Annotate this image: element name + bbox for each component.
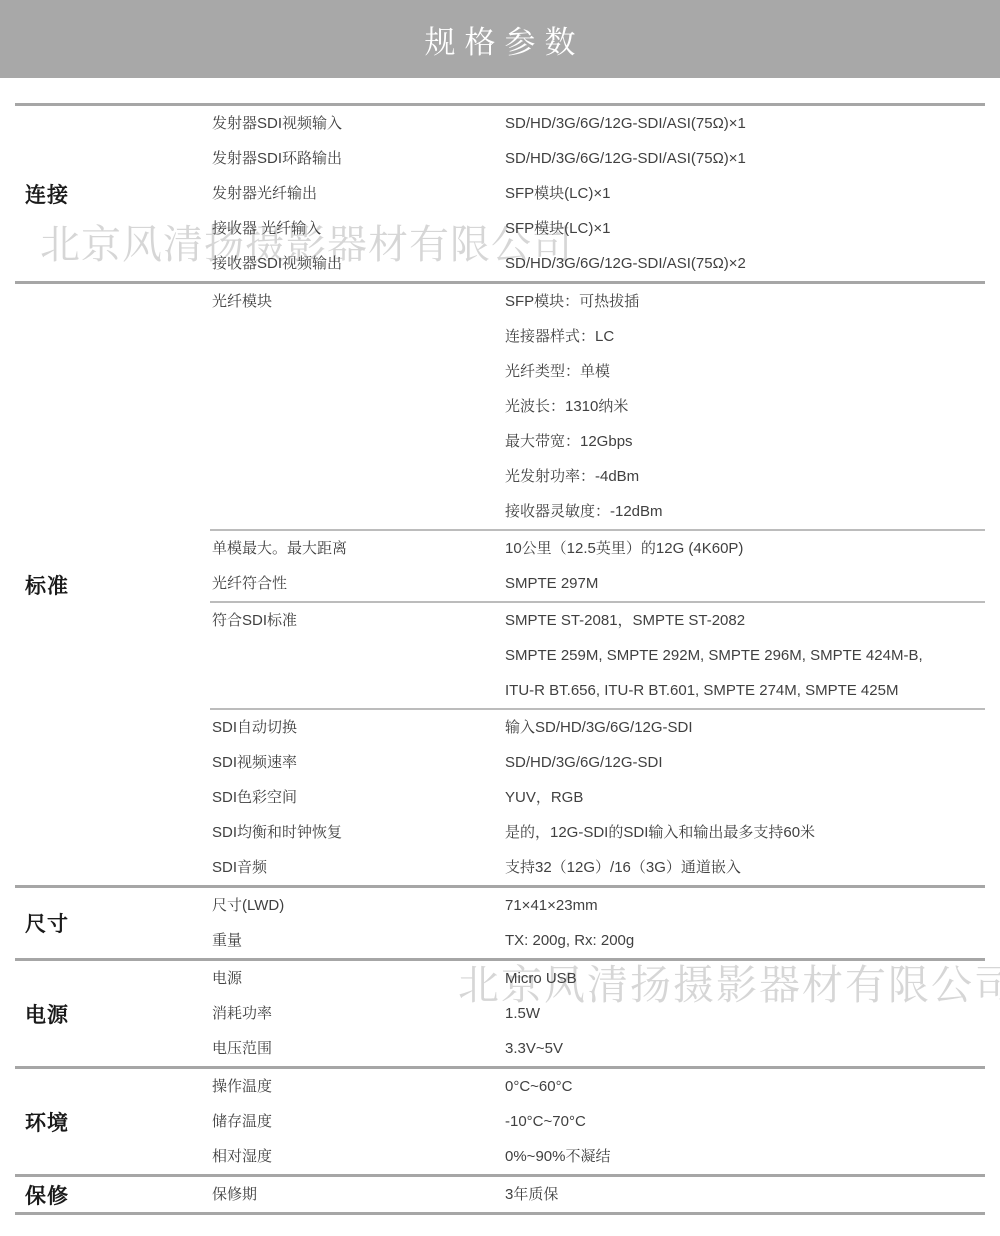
param-name: 操作温度 [210,1069,505,1104]
section-content: 光纤模块SFP模块：可热拔插连接器样式：LC光纤类型：单模光波长：1310纳米最… [210,284,985,885]
spec-section: 连接发射器SDI视频输入SD/HD/3G/6G/12G-SDI/ASI(75Ω)… [15,103,985,281]
category-label: 标准 [15,284,210,885]
param-value: YUV，RGB [505,780,985,815]
spec-row: 保修期3年质保 [210,1177,985,1212]
param-value: 71×41×23mm [505,888,985,923]
param-name: 光纤符合性 [210,566,505,601]
param-value: 是的，12G-SDI的SDI输入和输出最多支持60米 [505,815,985,850]
param-value: SD/HD/3G/6G/12G-SDI/ASI(75Ω)×2 [505,246,985,281]
value-line: SD/HD/3G/6G/12G-SDI [505,745,985,780]
section-content: 保修期3年质保 [210,1177,985,1212]
param-value: 10公里（12.5英里）的12G (4K60P) [505,531,985,566]
param-name: 电压范围 [210,1031,505,1066]
spec-row: 操作温度0°C~60°C [210,1069,985,1104]
row-group: 符合SDI标准SMPTE ST-2081，SMPTE ST-2082SMPTE … [210,601,985,708]
param-value: 3.3V~5V [505,1031,985,1066]
param-name: 符合SDI标准 [210,603,505,638]
param-name: 重量 [210,923,505,958]
value-line: TX: 200g, Rx: 200g [505,923,985,958]
row-group: 操作温度0°C~60°C储存温度-10°C~70°C相对湿度0%~90%不凝结 [210,1069,985,1174]
param-value: SFP模块(LC)×1 [505,176,985,211]
param-name: SDI视频速率 [210,745,505,780]
param-name: SDI色彩空间 [210,780,505,815]
spec-row: SDI均衡和时钟恢复是的，12G-SDI的SDI输入和输出最多支持60米 [210,815,985,850]
row-group: 尺寸(LWD)71×41×23mm重量TX: 200g, Rx: 200g [210,888,985,958]
spec-row: 电源Micro USB [210,961,985,996]
category-label: 环境 [15,1069,210,1174]
value-line: 71×41×23mm [505,888,985,923]
spec-row: 接收器 光纤输入SFP模块(LC)×1 [210,211,985,246]
spec-row: 储存温度-10°C~70°C [210,1104,985,1139]
value-line: 3.3V~5V [505,1031,985,1066]
param-name: 接收器 光纤输入 [210,211,505,246]
value-line: SMPTE 297M [505,566,985,601]
param-value: 输入SD/HD/3G/6G/12G-SDI [505,710,985,745]
param-value: SMPTE ST-2081，SMPTE ST-2082SMPTE 259M, S… [505,603,985,708]
param-value: SD/HD/3G/6G/12G-SDI/ASI(75Ω)×1 [505,106,985,141]
value-line: 3年质保 [505,1177,985,1212]
param-name: 发射器光纤输出 [210,176,505,211]
value-line: ITU-R BT.656, ITU-R BT.601, SMPTE 274M, … [505,673,985,708]
param-value: 0°C~60°C [505,1069,985,1104]
row-group: 单模最大。最大距离10公里（12.5英里）的12G (4K60P)光纤符合性SM… [210,529,985,601]
section-content: 尺寸(LWD)71×41×23mm重量TX: 200g, Rx: 200g [210,888,985,958]
section-content: 发射器SDI视频输入SD/HD/3G/6G/12G-SDI/ASI(75Ω)×1… [210,106,985,281]
value-line: 最大带宽：12Gbps [505,424,985,459]
spec-row: 符合SDI标准SMPTE ST-2081，SMPTE ST-2082SMPTE … [210,603,985,708]
row-group: 保修期3年质保 [210,1177,985,1212]
param-value: SFP模块：可热拔插连接器样式：LC光纤类型：单模光波长：1310纳米最大带宽：… [505,284,985,529]
category-label: 尺寸 [15,888,210,958]
value-line: SFP模块：可热拔插 [505,284,985,319]
value-line: SD/HD/3G/6G/12G-SDI/ASI(75Ω)×1 [505,106,985,141]
spec-row: 相对湿度0%~90%不凝结 [210,1139,985,1174]
value-line: 输入SD/HD/3G/6G/12G-SDI [505,710,985,745]
category-label: 连接 [15,106,210,281]
spec-header: 规格参数 [0,0,1000,78]
row-group: 发射器SDI视频输入SD/HD/3G/6G/12G-SDI/ASI(75Ω)×1… [210,106,985,281]
spec-section: 尺寸尺寸(LWD)71×41×23mm重量TX: 200g, Rx: 200g [15,885,985,958]
param-name: 电源 [210,961,505,996]
row-group: 光纤模块SFP模块：可热拔插连接器样式：LC光纤类型：单模光波长：1310纳米最… [210,284,985,529]
value-line: SD/HD/3G/6G/12G-SDI/ASI(75Ω)×2 [505,246,985,281]
value-line: 光发射功率：-4dBm [505,459,985,494]
param-name: SDI自动切换 [210,710,505,745]
param-name: 相对湿度 [210,1139,505,1174]
spec-row: 消耗功率1.5W [210,996,985,1031]
param-value: 1.5W [505,996,985,1031]
param-name: 光纤模块 [210,284,505,319]
value-line: SD/HD/3G/6G/12G-SDI/ASI(75Ω)×1 [505,141,985,176]
param-name: 保修期 [210,1177,505,1212]
spec-row: 发射器SDI环路输出SD/HD/3G/6G/12G-SDI/ASI(75Ω)×1 [210,141,985,176]
spec-row: SDI视频速率SD/HD/3G/6G/12G-SDI [210,745,985,780]
param-name: 发射器SDI视频输入 [210,106,505,141]
spec-row: 发射器光纤输出SFP模块(LC)×1 [210,176,985,211]
row-group: 电源Micro USB消耗功率1.5W电压范围3.3V~5V [210,961,985,1066]
param-value: 支持32（12G）/16（3G）通道嵌入 [505,850,985,885]
param-value: TX: 200g, Rx: 200g [505,923,985,958]
spec-section: 环境操作温度0°C~60°C储存温度-10°C~70°C相对湿度0%~90%不凝… [15,1066,985,1174]
param-name: 发射器SDI环路输出 [210,141,505,176]
value-line: 光纤类型：单模 [505,354,985,389]
value-line: SMPTE 259M, SMPTE 292M, SMPTE 296M, SMPT… [505,638,985,673]
param-value: SD/HD/3G/6G/12G-SDI [505,745,985,780]
value-line: 接收器灵敏度：-12dBm [505,494,985,529]
spec-row: 光纤符合性SMPTE 297M [210,566,985,601]
param-value: 0%~90%不凝结 [505,1139,985,1174]
spec-row: SDI音频支持32（12G）/16（3G）通道嵌入 [210,850,985,885]
spec-row: SDI自动切换输入SD/HD/3G/6G/12G-SDI [210,710,985,745]
spec-row: 单模最大。最大距离10公里（12.5英里）的12G (4K60P) [210,531,985,566]
param-name: 消耗功率 [210,996,505,1031]
value-line: 是的，12G-SDI的SDI输入和输出最多支持60米 [505,815,985,850]
param-value: SFP模块(LC)×1 [505,211,985,246]
param-name: 储存温度 [210,1104,505,1139]
param-name: 接收器SDI视频输出 [210,246,505,281]
value-line: Micro USB [505,961,985,996]
value-line: 1.5W [505,996,985,1031]
spec-row: 接收器SDI视频输出SD/HD/3G/6G/12G-SDI/ASI(75Ω)×2 [210,246,985,281]
param-name: 单模最大。最大距离 [210,531,505,566]
value-line: 0°C~60°C [505,1069,985,1104]
value-line: SFP模块(LC)×1 [505,211,985,246]
category-label: 电源 [15,961,210,1066]
param-name: 尺寸(LWD) [210,888,505,923]
param-value: Micro USB [505,961,985,996]
value-line: SMPTE ST-2081，SMPTE ST-2082 [505,603,985,638]
spec-section: 标准光纤模块SFP模块：可热拔插连接器样式：LC光纤类型：单模光波长：1310纳… [15,281,985,885]
param-value: -10°C~70°C [505,1104,985,1139]
spec-row: 光纤模块SFP模块：可热拔插连接器样式：LC光纤类型：单模光波长：1310纳米最… [210,284,985,529]
spec-section: 电源电源Micro USB消耗功率1.5W电压范围3.3V~5V [15,958,985,1066]
param-value: 3年质保 [505,1177,985,1212]
page-root: { "header": { "title": "规格参数" }, "waterm… [0,0,1000,1236]
spec-row: SDI色彩空间YUV，RGB [210,780,985,815]
param-value: SMPTE 297M [505,566,985,601]
spec-row: 尺寸(LWD)71×41×23mm [210,888,985,923]
spec-row: 电压范围3.3V~5V [210,1031,985,1066]
value-line: -10°C~70°C [505,1104,985,1139]
spec-table: 连接发射器SDI视频输入SD/HD/3G/6G/12G-SDI/ASI(75Ω)… [15,103,985,1215]
category-label: 保修 [15,1177,210,1212]
value-line: YUV，RGB [505,780,985,815]
value-line: SFP模块(LC)×1 [505,176,985,211]
param-name: SDI音频 [210,850,505,885]
page-title: 规格参数 [416,17,585,62]
section-content: 操作温度0°C~60°C储存温度-10°C~70°C相对湿度0%~90%不凝结 [210,1069,985,1174]
value-line: 10公里（12.5英里）的12G (4K60P) [505,531,985,566]
param-name: SDI均衡和时钟恢复 [210,815,505,850]
param-value: SD/HD/3G/6G/12G-SDI/ASI(75Ω)×1 [505,141,985,176]
row-group: SDI自动切换输入SD/HD/3G/6G/12G-SDISDI视频速率SD/HD… [210,708,985,885]
value-line: 光波长：1310纳米 [505,389,985,424]
value-line: 0%~90%不凝结 [505,1139,985,1174]
value-line: 支持32（12G）/16（3G）通道嵌入 [505,850,985,885]
spec-row: 发射器SDI视频输入SD/HD/3G/6G/12G-SDI/ASI(75Ω)×1 [210,106,985,141]
spec-section: 保修保修期3年质保 [15,1174,985,1212]
section-content: 电源Micro USB消耗功率1.5W电压范围3.3V~5V [210,961,985,1066]
spec-row: 重量TX: 200g, Rx: 200g [210,923,985,958]
value-line: 连接器样式：LC [505,319,985,354]
